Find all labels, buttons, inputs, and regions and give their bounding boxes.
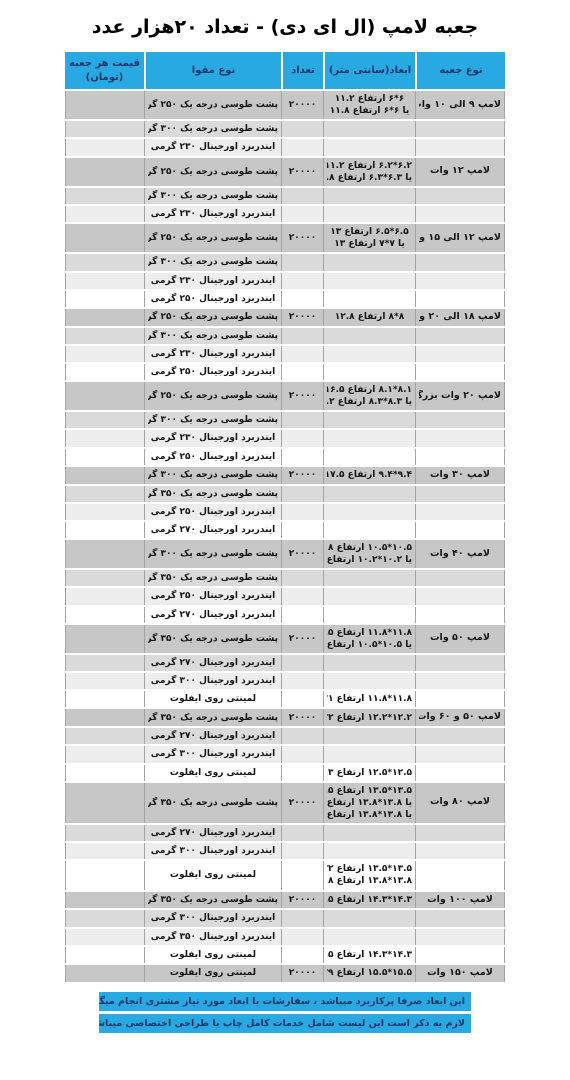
box-type-cell: لامپ ۵۰ و ۶۰ وات [415,709,505,726]
board-type-cell: ایندربرد اورجینال ۲۵۰ گرمی [144,588,281,604]
dimensions-cell [323,412,415,428]
box-type-cell [415,825,505,841]
table-row: ایندربرد اورجینال ۲۳۰ گرمی [65,346,505,362]
quantity-cell: ۲۰۰۰۰ [281,625,323,653]
price-cell [65,254,144,270]
quantity-cell [281,139,323,155]
price-cell [65,691,144,707]
table-row: ایندربرد اورجینال ۲۷۰ گرمی [65,655,505,671]
board-type-cell: پشت طوسی درجه یک ۳۵۰ گرمی [144,625,281,653]
quantity-cell [281,910,323,926]
dimensions-cell [323,273,415,289]
table-row: ایندربرد اورجینال ۳۰۰ گرمی [65,843,505,859]
column-header-board-type: نوع مقوا [144,52,281,89]
dimensions-cell [323,843,415,859]
page-title: جعبه لامپ (ال ای دی) - تعداد ۲۰هزار عدد [0,0,570,50]
box-type-cell [415,430,505,446]
price-cell [65,728,144,744]
price-cell [65,382,144,410]
price-cell [65,206,144,222]
note-dimensions-custom: این ابعاد صرفا پرکاربرد میباشد ، سفارشات… [99,992,471,1011]
dimensions-cell: ۶.۲*۶.۲ ارتفاع ۱۱.۲یا ۶.۳*۶.۳ ارتفاع ۱۱.… [323,158,415,186]
board-type-cell: پشت طوسی درجه یک ۳۰۰ گرمی [144,412,281,428]
board-type-cell: لمینتی روی ایفلوت [144,965,281,982]
price-cell [65,965,144,982]
quantity-cell [281,412,323,428]
price-cell [65,843,144,859]
box-type-cell [415,910,505,926]
price-cell [65,449,144,465]
board-type-cell: ایندربرد اورجینال ۲۳۰ گرمی [144,346,281,362]
box-type-cell: لامپ ۱۵۰ وات [415,965,505,982]
box-type-cell [415,929,505,945]
box-type-cell: لامپ ۲۰ وات بزرگ [415,382,505,410]
footer-notes: این ابعاد صرفا پرکاربرد میباشد ، سفارشات… [99,992,471,1033]
board-type-cell: پشت طوسی درجه یک ۳۰۰ گرمی [144,467,281,484]
table-row: ایندربرد اورجینال ۳۰۰ گرمی [65,910,505,926]
box-type-cell [415,206,505,222]
dimensions-cell [323,364,415,380]
price-cell [65,291,144,307]
price-cell [65,188,144,204]
price-cell [65,309,144,326]
quantity-cell: ۲۰۰۰۰ [281,783,323,823]
box-type-cell [415,364,505,380]
table-header-row: نوع جعبهابعاد(سانتی متر)تعدادنوع مقواقیم… [65,52,505,89]
dimensions-cell: ۱۴.۳*۱۴.۳ ارتفاع ۲۵.۵ [323,947,415,963]
box-type-cell: لامپ ۱۲ وات [415,158,505,186]
dimensions-cell [323,254,415,270]
dimensions-cell [323,655,415,671]
price-cell [65,346,144,362]
dimensions-cell [323,746,415,762]
table-row: لامپ ۱۰۰ وات۱۴.۳*۱۴.۳ ارتفاع ۲۵.۵۲۰۰۰۰پش… [65,892,505,909]
table-row: ایندربرد اورجینال ۲۳۰ گرمی [65,206,505,222]
board-type-cell: پشت طوسی درجه یک ۳۵۰ گرمی [144,570,281,586]
board-type-cell: لمینتی روی ایفلوت [144,691,281,707]
board-type-cell: ایندربرد اورجینال ۲۵۰ گرمی [144,364,281,380]
board-type-cell: ایندربرد اورجینال ۲۳۰ گرمی [144,139,281,155]
quantity-cell: ۲۰۰۰۰ [281,709,323,726]
board-type-cell: پشت طوسی درجه یک ۳۵۰ گرمی [144,892,281,909]
quantity-cell: ۲۰۰۰۰ [281,892,323,909]
price-cell [65,588,144,604]
board-type-cell: لمینتی روی ایفلوت [144,861,281,889]
quantity-cell [281,504,323,520]
lamp-box-price-table: نوع جعبهابعاد(سانتی متر)تعدادنوع مقواقیم… [65,50,505,984]
price-cell [65,825,144,841]
dimensions-cell [323,522,415,538]
table-row: لامپ ۳۰ وات۹.۴*۹.۴ ارتفاع ۱۷.۵۲۰۰۰۰پشت ط… [65,467,505,484]
box-type-cell: لامپ ۱۲ الی ۱۵ وات [415,224,505,252]
table-row: لامپ ۱۵۰ وات۱۵.۵*۱۵.۵ ارتفاع ۲۹۲۰۰۰۰لمین… [65,965,505,982]
price-cell [65,540,144,568]
quantity-cell [281,947,323,963]
board-type-cell: ایندربرد اورجینال ۲۷۰ گرمی [144,655,281,671]
quantity-cell [281,691,323,707]
price-cell [65,765,144,781]
quantity-cell: ۲۰۰۰۰ [281,224,323,252]
dimensions-cell: ۱۲.۵*۱۲.۵ ارتفاع ۲۲.۳ [323,765,415,781]
board-type-cell: ایندربرد اورجینال ۲۷۰ گرمی [144,607,281,623]
price-cell [65,91,144,119]
table-row: پشت طوسی درجه یک ۳۰۰ گرمی [65,412,505,428]
dimensions-cell [323,825,415,841]
dimensions-cell: ۱۴.۳*۱۴.۳ ارتفاع ۲۵.۵ [323,892,415,909]
table-row: لامپ ۱۲ الی ۱۵ وات۶.۵*۶.۵ ارتفاع ۱۳یا ۷*… [65,224,505,252]
dimensions-cell [323,910,415,926]
table-row: ایندربرد اورجینال ۳۵۰ گرمی [65,929,505,945]
dimensions-cell [323,929,415,945]
price-cell [65,910,144,926]
quantity-cell [281,273,323,289]
quantity-cell [281,486,323,502]
price-cell [65,522,144,538]
note-print-services: لازم به ذکر است این لیست شامل خدمات کامل… [99,1014,471,1033]
table-row: ۱۱.۸*۱۱.۸ ارتفاع ۲۱لمینتی روی ایفلوت [65,691,505,707]
box-type-cell [415,328,505,344]
dimensions-cell [323,673,415,689]
board-type-cell: ایندربرد اورجینال ۲۷۰ گرمی [144,825,281,841]
dimensions-cell: ۱۵.۵*۱۵.۵ ارتفاع ۲۹ [323,965,415,982]
price-cell [65,121,144,137]
board-type-cell: پشت طوسی درجه یک ۳۰۰ گرمی [144,188,281,204]
column-header-box-type: نوع جعبه [415,52,505,89]
table-row: لامپ ۹ الی ۱۰ وات۶*۶ ارتفاع ۱۱.۲یا ۶*۶ ا… [65,91,505,119]
board-type-cell: پشت طوسی درجه یک ۲۵۰ گرمی [144,309,281,326]
board-type-cell: پشت طوسی درجه یک ۳۰۰ گرمی [144,254,281,270]
quantity-cell [281,843,323,859]
dimensions-cell: ۱۳.۵*۱۳.۵ ارتفاع ۲۲۱۳.۸*۱۳.۸ ارتفاع ۲۴.۸ [323,861,415,889]
column-header-dimensions: ابعاد(سانتی متر) [323,52,415,89]
box-type-cell [415,588,505,604]
price-cell [65,486,144,502]
box-type-cell [415,486,505,502]
table-row: پشت طوسی درجه یک ۳۵۰ گرمی [65,486,505,502]
box-type-cell [415,570,505,586]
box-type-cell [415,346,505,362]
board-type-cell: ایندربرد اورجینال ۳۰۰ گرمی [144,746,281,762]
price-cell [65,224,144,252]
board-type-cell: ایندربرد اورجینال ۲۳۰ گرمی [144,430,281,446]
board-type-cell: ایندربرد اورجینال ۳۰۰ گرمی [144,673,281,689]
table-row: ایندربرد اورجینال ۳۰۰ گرمی [65,673,505,689]
price-cell [65,783,144,823]
price-cell [65,947,144,963]
quantity-cell [281,522,323,538]
dimensions-cell: ۶.۵*۶.۵ ارتفاع ۱۳یا ۷*۷ ارتفاع ۱۳ [323,224,415,252]
quantity-cell [281,121,323,137]
dimensions-cell [323,449,415,465]
dimensions-cell [323,121,415,137]
table-row: ۱۳.۵*۱۳.۵ ارتفاع ۲۲۱۳.۸*۱۳.۸ ارتفاع ۲۴.۸… [65,861,505,889]
dimensions-cell [323,188,415,204]
board-type-cell: لمینتی روی ایفلوت [144,765,281,781]
box-type-cell: لامپ ۱۸ الی ۲۰ وات [415,309,505,326]
table-row: ایندربرد اورجینال ۲۷۰ گرمی [65,825,505,841]
price-cell [65,328,144,344]
table-row: ایندربرد اورجینال ۲۳۰ گرمی [65,430,505,446]
price-cell [65,625,144,653]
dimensions-cell [323,328,415,344]
quantity-cell [281,588,323,604]
quantity-cell [281,328,323,344]
board-type-cell: پشت طوسی درجه یک ۳۰۰ گرمی [144,328,281,344]
box-type-cell [415,504,505,520]
box-type-cell: لامپ ۳۰ وات [415,467,505,484]
table-row: پشت طوسی درجه یک ۳۰۰ گرمی [65,188,505,204]
board-type-cell: پشت طوسی درجه یک ۳۵۰ گرمی [144,783,281,823]
dimensions-cell: ۸*۸ ارتفاع ۱۲.۸ [323,309,415,326]
quantity-cell [281,364,323,380]
box-type-cell: لامپ ۵۰ وات [415,625,505,653]
board-type-cell: لمینتی روی ایفلوت [144,947,281,963]
price-cell [65,929,144,945]
box-type-cell [415,673,505,689]
dimensions-cell [323,570,415,586]
dimensions-cell [323,504,415,520]
price-cell [65,861,144,889]
quantity-cell [281,673,323,689]
dimensions-cell: ۸.۱*۸.۱ ارتفاع ۱۶.۵یا ۸.۳*۸.۳ ارتفاع ۱۵.… [323,382,415,410]
board-type-cell: ایندربرد اورجینال ۲۳۰ گرمی [144,206,281,222]
board-type-cell: ایندربرد اورجینال ۲۷۰ گرمی [144,728,281,744]
table-row: ۱۲.۵*۱۲.۵ ارتفاع ۲۲.۳لمینتی روی ایفلوت [65,765,505,781]
quantity-cell [281,291,323,307]
dimensions-cell [323,430,415,446]
table-row: لامپ ۵۰ وات۱۱.۸*۱۱.۸ ارتفاع ۲۰.۵یا ۱۰.۵*… [65,625,505,653]
price-cell [65,139,144,155]
quantity-cell [281,655,323,671]
table-row: لامپ ۵۰ و ۶۰ وات۱۲.۲*۱۲.۲ ارتفاع ۲۲۲۰۰۰۰… [65,709,505,726]
table-row: پشت طوسی درجه یک ۳۰۰ گرمی [65,328,505,344]
table-row: پشت طوسی درجه یک ۳۰۰ گرمی [65,254,505,270]
board-type-cell: ایندربرد اورجینال ۳۰۰ گرمی [144,843,281,859]
box-type-cell [415,728,505,744]
quantity-cell [281,728,323,744]
dimensions-cell [323,486,415,502]
box-type-cell [415,273,505,289]
price-cell [65,570,144,586]
page: جعبه لامپ (ال ای دی) - تعداد ۲۰هزار عدد … [0,0,570,1080]
box-type-cell [415,121,505,137]
quantity-cell [281,206,323,222]
box-type-cell [415,607,505,623]
quantity-cell [281,570,323,586]
quantity-cell: ۲۰۰۰۰ [281,965,323,982]
quantity-cell [281,188,323,204]
table-row: ایندربرد اورجینال ۲۵۰ گرمی [65,364,505,380]
box-type-cell [415,655,505,671]
dimensions-cell [323,139,415,155]
board-type-cell: پشت طوسی درجه یک ۲۵۰ گرمی [144,91,281,119]
board-type-cell: ایندربرد اورجینال ۳۵۰ گرمی [144,929,281,945]
table-row: ایندربرد اورجینال ۲۵۰ گرمی [65,588,505,604]
board-type-cell: ایندربرد اورجینال ۲۷۰ گرمی [144,522,281,538]
table-row: ۱۴.۳*۱۴.۳ ارتفاع ۲۵.۵لمینتی روی ایفلوت [65,947,505,963]
quantity-cell: ۲۰۰۰۰ [281,158,323,186]
quantity-cell [281,607,323,623]
quantity-cell [281,346,323,362]
board-type-cell: ایندربرد اورجینال ۲۵۰ گرمی [144,449,281,465]
dimensions-cell [323,588,415,604]
dimensions-cell: ۱۳.۵*۱۳.۵ ارتفاع ۲۲.۵یا ۱۳.۸*۱۳.۸ ارتفاع… [323,783,415,823]
table-row: لامپ ۴۰ وات۱۰.۵*۱۰.۵ ارتفاع ۱۸یا ۱۰.۲*۱۰… [65,540,505,568]
table-row: ایندربرد اورجینال ۲۵۰ گرمی [65,291,505,307]
box-type-cell: لامپ ۸۰ وات [415,783,505,823]
price-cell [65,673,144,689]
dimensions-cell: ۹.۴*۹.۴ ارتفاع ۱۷.۵ [323,467,415,484]
quantity-cell [281,430,323,446]
quantity-cell: ۲۰۰۰۰ [281,540,323,568]
column-header-quantity: تعداد [281,52,323,89]
price-cell [65,430,144,446]
table-row: ایندربرد اورجینال ۳۰۰ گرمی [65,746,505,762]
price-cell [65,746,144,762]
table-row: لامپ ۱۸ الی ۲۰ وات۸*۸ ارتفاع ۱۲.۸۲۰۰۰۰پش… [65,309,505,326]
box-type-cell: لامپ ۴۰ وات [415,540,505,568]
box-type-cell: لامپ ۱۰۰ وات [415,892,505,909]
table-row: ایندربرد اورجینال ۲۳۰ گرمی [65,139,505,155]
box-type-cell [415,947,505,963]
box-type-cell [415,691,505,707]
quantity-cell [281,825,323,841]
price-cell [65,364,144,380]
table-row: پشت طوسی درجه یک ۳۰۰ گرمی [65,121,505,137]
dimensions-cell: ۱۱.۸*۱۱.۸ ارتفاع ۲۰.۵یا ۱۰.۵*۱۰.۵ ارتفاع… [323,625,415,653]
table-row: ایندربرد اورجینال ۲۷۰ گرمی [65,607,505,623]
board-type-cell: ایندربرد اورجینال ۲۳۰ گرمی [144,273,281,289]
dimensions-cell [323,728,415,744]
board-type-cell: ایندربرد اورجینال ۲۵۰ گرمی [144,504,281,520]
quantity-cell: ۲۰۰۰۰ [281,467,323,484]
table-row: ایندربرد اورجینال ۲۳۰ گرمی [65,273,505,289]
box-type-cell [415,291,505,307]
column-header-price: قیمت هر جعبه(تومان) [65,52,144,89]
box-type-cell [415,746,505,762]
dimensions-cell [323,291,415,307]
dimensions-cell [323,607,415,623]
quantity-cell: ۲۰۰۰۰ [281,91,323,119]
quantity-cell [281,254,323,270]
quantity-cell: ۲۰۰۰۰ [281,309,323,326]
quantity-cell [281,929,323,945]
box-type-cell [415,861,505,889]
table-row: لامپ ۸۰ وات۱۳.۵*۱۳.۵ ارتفاع ۲۲.۵یا ۱۳.۸*… [65,783,505,823]
price-cell [65,158,144,186]
quantity-cell [281,746,323,762]
table-body: لامپ ۹ الی ۱۰ وات۶*۶ ارتفاع ۱۱.۲یا ۶*۶ ا… [65,91,505,982]
table-row: ایندربرد اورجینال ۲۵۰ گرمی [65,504,505,520]
price-cell [65,709,144,726]
price-cell [65,467,144,484]
dimensions-cell: ۶*۶ ارتفاع ۱۱.۲یا ۶*۶ ارتفاع ۱۱.۸ [323,91,415,119]
table-row: ایندربرد اورجینال ۲۷۰ گرمی [65,728,505,744]
dimensions-cell: ۱۲.۲*۱۲.۲ ارتفاع ۲۲ [323,709,415,726]
quantity-cell [281,765,323,781]
dimensions-cell [323,206,415,222]
price-cell [65,607,144,623]
quantity-cell [281,449,323,465]
dimensions-cell: ۱۱.۸*۱۱.۸ ارتفاع ۲۱ [323,691,415,707]
dimensions-cell [323,346,415,362]
price-cell [65,504,144,520]
quantity-cell [281,861,323,889]
board-type-cell: پشت طوسی درجه یک ۳۵۰ گرمی [144,709,281,726]
table-row: پشت طوسی درجه یک ۳۵۰ گرمی [65,570,505,586]
table-row: ایندربرد اورجینال ۲۵۰ گرمی [65,449,505,465]
box-type-cell [415,188,505,204]
table-row: لامپ ۱۲ وات۶.۲*۶.۲ ارتفاع ۱۱.۲یا ۶.۳*۶.۳… [65,158,505,186]
box-type-cell: لامپ ۹ الی ۱۰ وات [415,91,505,119]
board-type-cell: پشت طوسی درجه یک ۲۵۰ گرمی [144,224,281,252]
box-type-cell [415,765,505,781]
box-type-cell [415,843,505,859]
board-type-cell: پشت طوسی درجه یک ۳۰۰ گرمی [144,540,281,568]
board-type-cell: پشت طوسی درجه یک ۳۵۰ گرمی [144,486,281,502]
price-cell [65,412,144,428]
table-header: نوع جعبهابعاد(سانتی متر)تعدادنوع مقواقیم… [65,52,505,89]
table-row: لامپ ۲۰ وات بزرگ۸.۱*۸.۱ ارتفاع ۱۶.۵یا ۸.… [65,382,505,410]
board-type-cell: پشت طوسی درجه یک ۳۰۰ گرمی [144,121,281,137]
board-type-cell: پشت طوسی درجه یک ۲۵۰ گرمی [144,382,281,410]
price-cell [65,655,144,671]
board-type-cell: ایندربرد اورجینال ۲۵۰ گرمی [144,291,281,307]
box-type-cell [415,449,505,465]
table-row: ایندربرد اورجینال ۲۷۰ گرمی [65,522,505,538]
board-type-cell: ایندربرد اورجینال ۳۰۰ گرمی [144,910,281,926]
board-type-cell: پشت طوسی درجه یک ۲۵۰ گرمی [144,158,281,186]
price-cell [65,892,144,909]
price-cell [65,273,144,289]
quantity-cell: ۲۰۰۰۰ [281,382,323,410]
box-type-cell [415,522,505,538]
box-type-cell [415,254,505,270]
box-type-cell [415,139,505,155]
dimensions-cell: ۱۰.۵*۱۰.۵ ارتفاع ۱۸یا ۱۰.۲*۱۰.۲ ارتفاع ۱… [323,540,415,568]
box-type-cell [415,412,505,428]
